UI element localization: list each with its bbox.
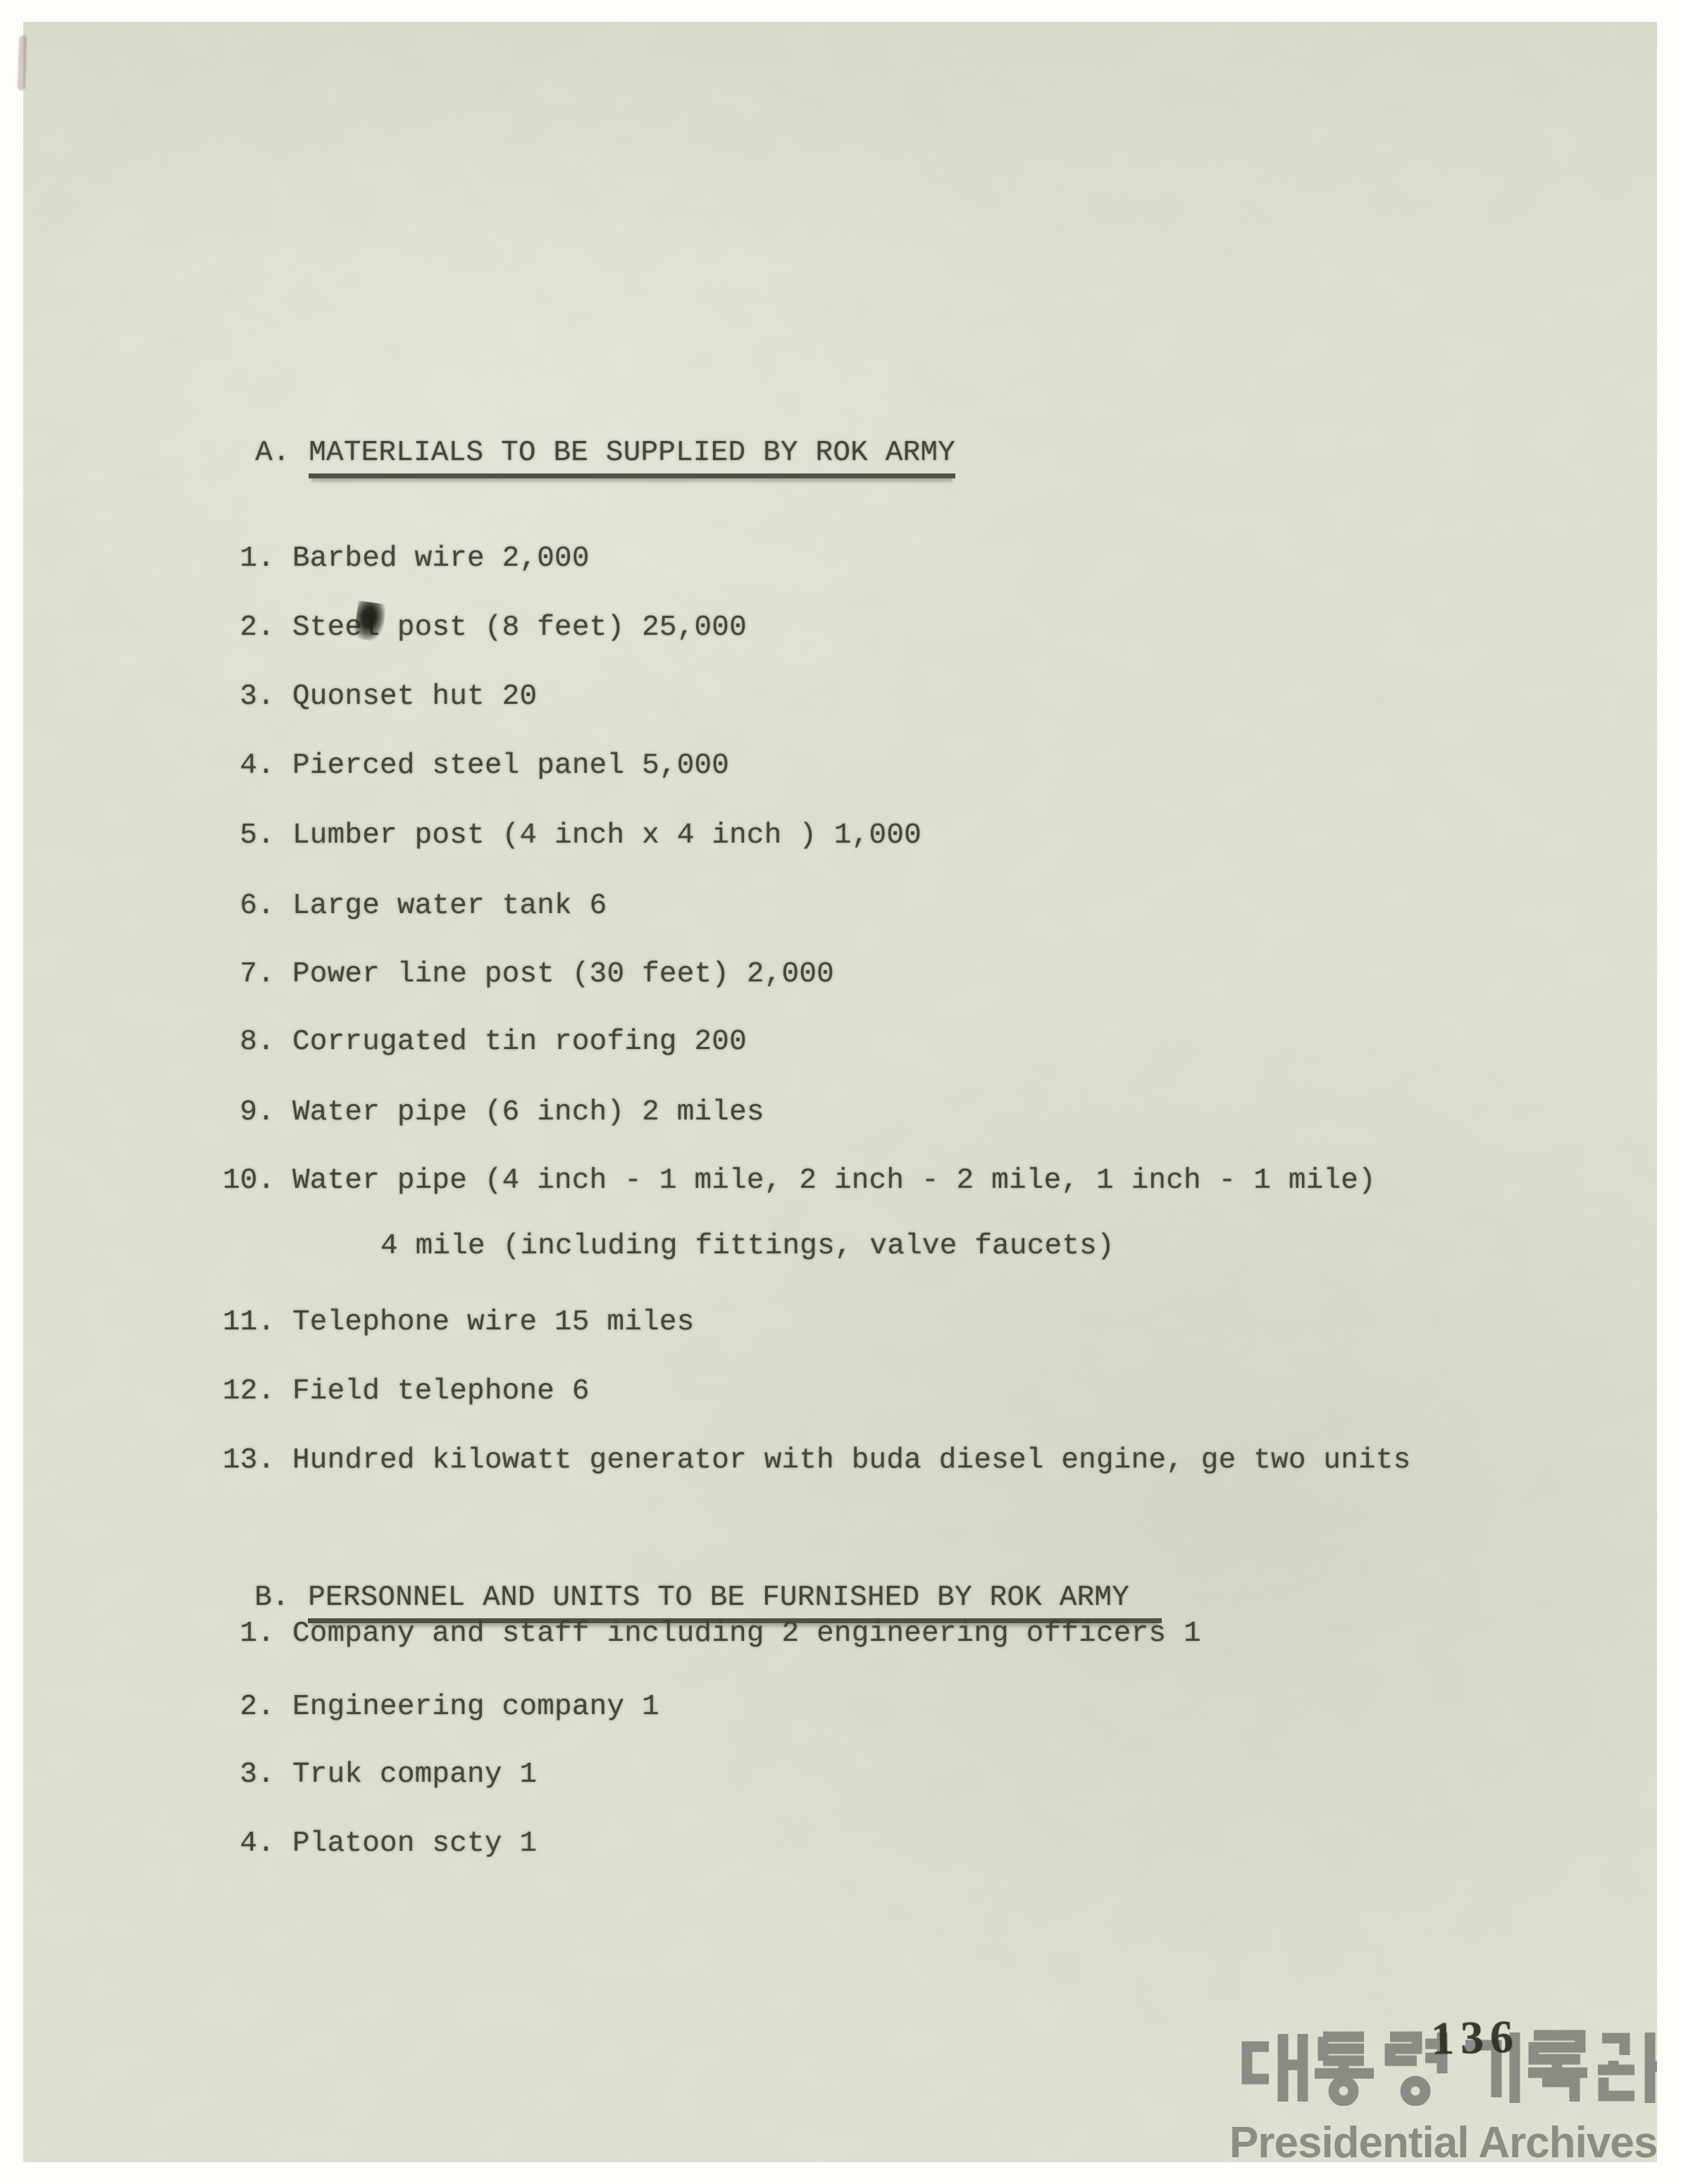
document-page: A.MATERLIALS TO BE SUPPLIED BY ROK ARMY … — [23, 22, 1657, 2162]
section-a-label: A. — [255, 435, 309, 471]
hangul-glyph-rok — [1522, 2030, 1593, 2106]
item-number: 5. — [223, 817, 275, 854]
item-text: Lumber post (4 inch x 4 inch ) 1,000 — [292, 819, 922, 852]
list-item-a11: 11.Telephone wire 15 miles — [223, 1304, 695, 1341]
item-text: Water pipe (6 inch) 2 miles — [292, 1096, 764, 1129]
item-number: 13. — [223, 1442, 275, 1479]
item-text: Field telephone 6 — [292, 1375, 590, 1408]
item-text: Large water tank 6 — [292, 890, 607, 922]
list-item-b2: 2.Engineering company 1 — [223, 1689, 659, 1725]
item-number: 10. — [223, 1162, 275, 1199]
ink-blot — [353, 600, 386, 642]
hangul-glyph-dae — [1238, 2030, 1308, 2106]
item-text: Telephone wire 15 miles — [292, 1306, 695, 1339]
page-number: 136 — [1430, 2011, 1520, 2064]
list-item-a8: 8.Corrugated tin roofing 200 — [223, 1024, 747, 1060]
section-b-label: B. — [254, 1580, 308, 1616]
list-item-a1: 1.Barbed wire 2,000 — [223, 540, 590, 577]
list-item-a12: 12.Field telephone 6 — [223, 1373, 590, 1410]
item-text: Engineering company 1 — [292, 1691, 659, 1723]
item-text: Truk company 1 — [292, 1758, 537, 1791]
item-number: 4. — [223, 1825, 275, 1862]
list-item-a2: 2.Steel post (8 feet) 25,000 — [223, 609, 747, 646]
hangul-glyph-tong — [1309, 2030, 1379, 2106]
item-number: 3. — [223, 1756, 275, 1793]
item-number: 6. — [223, 888, 275, 924]
list-item-a6: 6.Large water tank 6 — [223, 888, 607, 924]
item-number: 3. — [223, 678, 275, 715]
item-text: Hundred kilowatt generator with buda die… — [292, 1444, 1410, 1477]
list-item-a10-continuation: 4 mile (including fittings, valve faucet… — [380, 1228, 1115, 1265]
list-item-a13: 13.Hundred kilowatt generator with buda … — [223, 1442, 1410, 1479]
list-item-a7: 7.Power line post (30 feet) 2,000 — [223, 956, 834, 993]
scanned-document-screenshot: { "page": { "paper_color": "#e2e5d5", "i… — [0, 0, 1681, 2184]
item-number: 2. — [223, 609, 275, 646]
item-number: 2. — [223, 1689, 275, 1725]
list-item-a5: 5.Lumber post (4 inch x 4 inch ) 1,000 — [223, 817, 922, 854]
item-text: Corrugated tin roofing 200 — [292, 1026, 747, 1058]
item-number: 9. — [223, 1094, 275, 1131]
list-item-b3: 3.Truk company 1 — [223, 1756, 537, 1793]
item-number: 1. — [223, 1615, 275, 1652]
item-text: Barbed wire 2,000 — [292, 542, 590, 575]
list-item-a3: 3.Quonset hut 20 — [223, 678, 537, 715]
section-a-title: MATERLIALS TO BE SUPPLIED BY ROK ARMY — [309, 437, 955, 478]
list-item-a4: 4.Pierced steel panel 5,000 — [223, 747, 729, 784]
item-number: 12. — [223, 1373, 275, 1410]
list-item-b4: 4.Platoon scty 1 — [223, 1825, 537, 1862]
item-text: 4 mile (including fittings, valve faucet… — [380, 1230, 1115, 1262]
item-text: Quonset hut 20 — [292, 681, 537, 713]
item-number: 11. — [223, 1304, 275, 1341]
list-item-a9: 9.Water pipe (6 inch) 2 miles — [223, 1094, 764, 1131]
watermark-english: Presidential Archives — [1229, 2118, 1657, 2162]
item-number: 7. — [223, 956, 275, 993]
item-text: Water pipe (4 inch - 1 mile, 2 inch - 2 … — [292, 1165, 1376, 1197]
list-item-a10: 10.Water pipe (4 inch - 1 mile, 2 inch -… — [223, 1162, 1376, 1199]
item-text: Company and staff including 2 engineerin… — [292, 1618, 1201, 1650]
item-text: Power line post (30 feet) 2,000 — [292, 958, 834, 991]
item-number: 8. — [223, 1024, 275, 1060]
section-a-heading: A.MATERLIALS TO BE SUPPLIED BY ROK ARMY — [185, 398, 955, 508]
list-item-b1: 1.Company and staff including 2 engineer… — [223, 1615, 1201, 1652]
hangul-glyph-gwan — [1594, 2030, 1657, 2106]
item-number: 1. — [223, 540, 275, 577]
item-number: 4. — [223, 747, 275, 784]
item-text: Pierced steel panel 5,000 — [292, 750, 729, 782]
item-text: Platoon scty 1 — [292, 1828, 537, 1860]
